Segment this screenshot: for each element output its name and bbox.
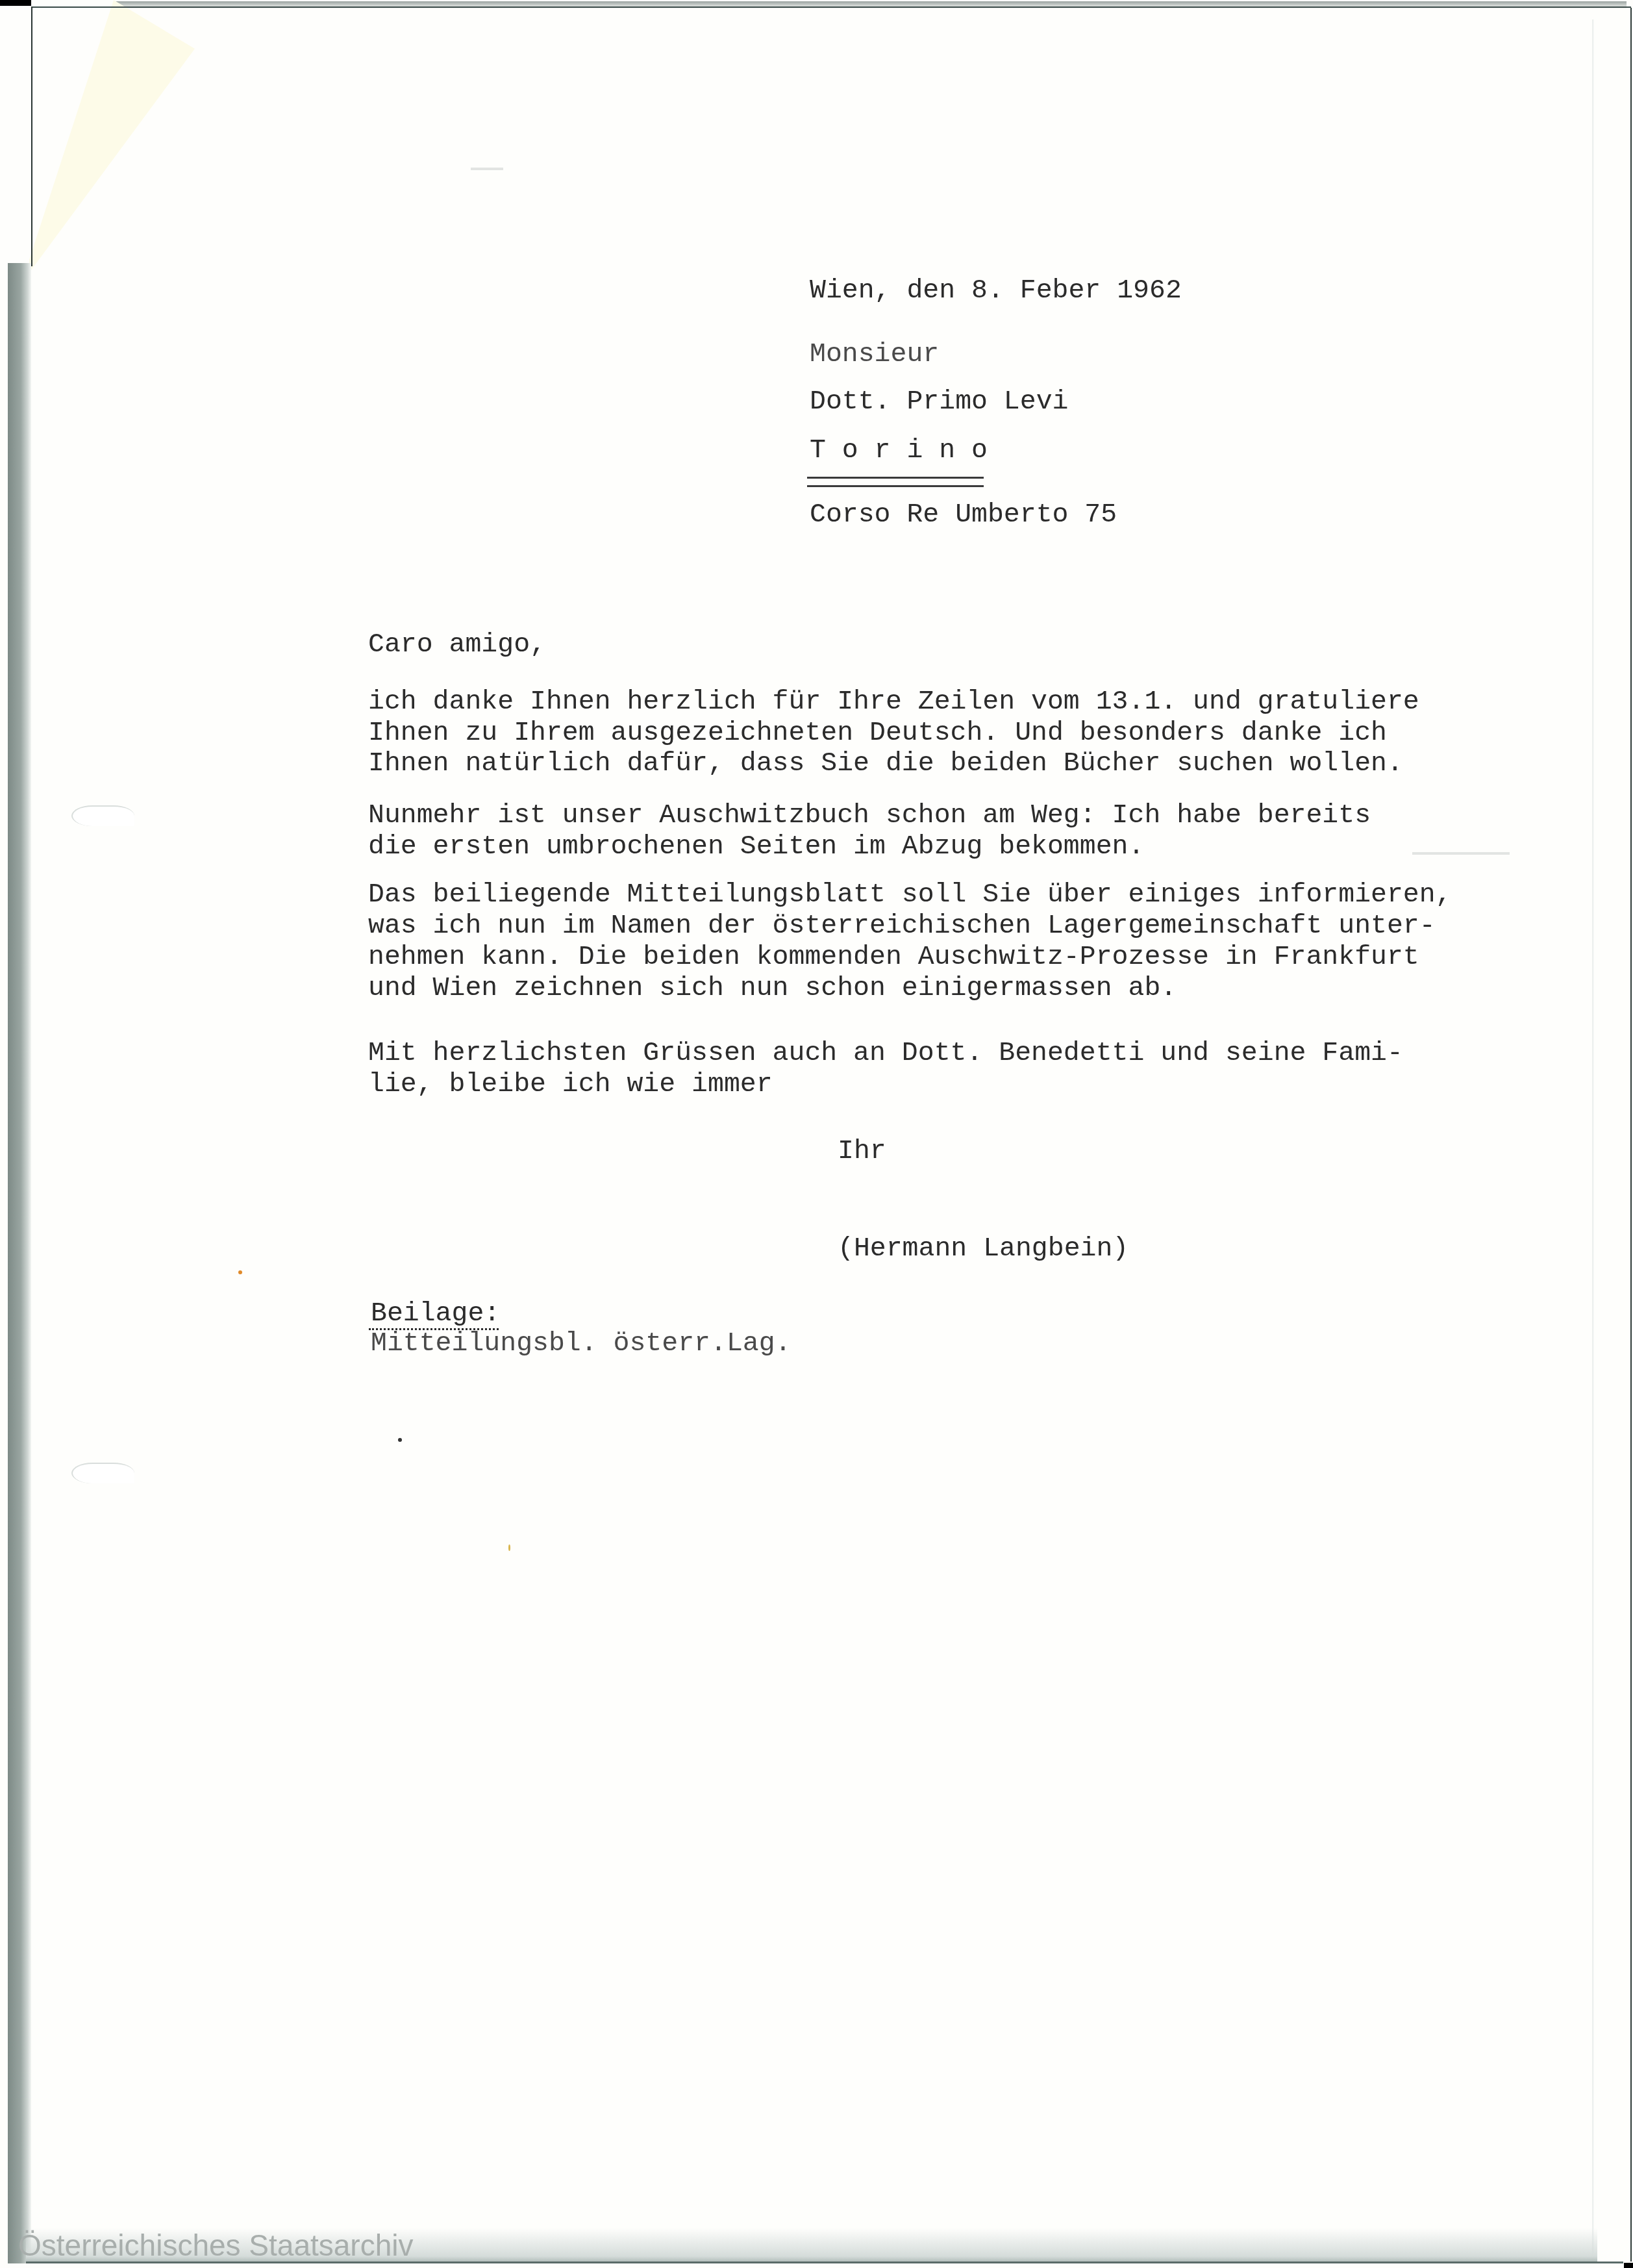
enclosure-label: Beilage: [371,1298,500,1329]
punch-hole [71,805,134,826]
scan-artifact [1412,852,1510,855]
body-line: und Wien zeichnen sich nun schon einiger… [368,973,1177,1004]
scan-corner-block [1624,2263,1633,2268]
scan-top-shadow [114,1,1627,9]
body-line: die ersten umbrochenen Seiten im Abzug b… [368,831,1144,863]
city-double-underline [807,477,984,487]
body-line: Ihnen natürlich dafür, dass Sie die beid… [368,748,1403,779]
recipient-title: Monsieur [810,339,939,370]
body-line: ich danke Ihnen herzlich für Ihre Zeilen… [368,687,1419,718]
scan-frame-left [31,6,32,266]
scan-frame-top [32,6,1631,8]
body-line: Ihnen zu Ihrem ausgezeichneten Deutsch. … [368,718,1387,749]
scan-frame-right [1630,8,1632,2262]
recipient-city: T o r i n o [810,435,988,466]
scan-artifact [471,168,503,170]
enclosure-item: Mitteilungsbl. österr.Lag. [371,1328,792,1359]
punch-hole [71,1463,134,1483]
scanner-edge-strip [8,263,31,2263]
paper-speck [398,1438,402,1442]
scan-corner-block [0,0,31,6]
letter-closing: Ihr [838,1136,886,1167]
body-line: nehmen kann. Die beiden kommenden Auschw… [368,942,1419,973]
letter-greeting: Caro amigo, [368,629,546,661]
scanned-letter-page: Wien, den 8. Feber 1962 Monsieur Dott. P… [0,0,1633,2268]
paper-right-edge [1592,19,1594,2263]
body-line: Mit herzlichsten Grüssen auch an Dott. B… [368,1038,1403,1069]
paper-speck [508,1544,510,1551]
body-line: lie, bleibe ich wie immer [368,1069,773,1100]
paper-fold [29,0,198,273]
body-line: Das beiliegende Mitteilungsblatt soll Si… [368,879,1452,911]
paper-speck [238,1270,242,1274]
letter-dateline: Wien, den 8. Feber 1962 [810,275,1182,307]
body-line: was ich nun im Namen der österreichische… [368,911,1436,942]
body-line: Nunmehr ist unser Auschwitzbuch schon am… [368,800,1371,831]
archive-watermark: Österreichisches Staatsarchiv [18,2228,413,2263]
recipient-street: Corso Re Umberto 75 [810,499,1117,531]
recipient-name: Dott. Primo Levi [810,386,1068,418]
letter-signature: (Hermann Langbein) [838,1233,1128,1265]
